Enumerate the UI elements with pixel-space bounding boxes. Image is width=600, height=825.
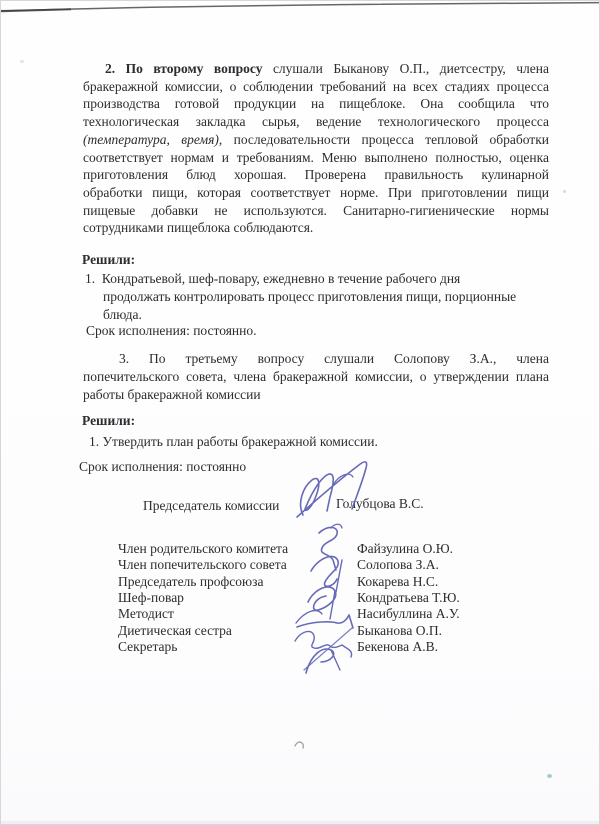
signer-role: Член попечительского совета (118, 557, 288, 573)
resolution2-deadline: Срок исполнения: постоянно (79, 459, 246, 475)
scan-speck (20, 60, 24, 63)
chair-role-label: Председатель комиссии (143, 498, 279, 514)
scanned-document-page: 2. По второму вопросу слушали Быканову О… (0, 0, 600, 825)
paragraph-question2-line4: технологическая закладка сырья, ведение … (83, 113, 549, 131)
paragraph-question2-line2: бракеражной комиссии, о соблюдении требо… (83, 78, 549, 96)
gray-pen-mark (291, 735, 311, 751)
paragraph-question2: 2. По второму вопросу слушали Быканову О… (83, 60, 549, 237)
teal-ink-speck (547, 774, 552, 778)
paragraph-question2-line10: сотрудниками пищеблока соблюдаются. (83, 219, 549, 237)
paragraph-question3-line2: попечительского совета, члена бракеражно… (83, 368, 549, 386)
question2-lead-bold: 2. По второму вопросу (105, 61, 262, 76)
signer-role: Методист (118, 606, 288, 622)
signer-role: Шеф-повар (118, 590, 288, 606)
resolution1-item-line2: продолжать контролировать процесс пригот… (103, 288, 563, 306)
scan-bottom-edge (1, 821, 600, 824)
paragraph-question2-line3: производства готовой продукции на пищебл… (83, 95, 549, 113)
paragraph-question2-line9: пищевые добавки не используются. Санитар… (83, 202, 549, 220)
member-signatures-ink (295, 524, 353, 673)
resolution1-heading: Решили: (82, 252, 135, 268)
resolution1-item-line3: блюда. (103, 306, 142, 324)
signer-role: Секретарь (118, 639, 288, 655)
resolution2-heading: Решили: (82, 413, 135, 429)
paragraph-question3-line3: работы бракеражной комиссии (83, 386, 549, 404)
paragraph-question3-line1: 3. По третьему вопросу слушали Солопову … (83, 350, 549, 368)
question2-italic-run: (температура, время) (83, 132, 219, 147)
paragraph-question2-line7: приготовления блюд хорошая. Проверена пр… (83, 166, 549, 184)
scan-top-edge-line (1, 1, 600, 15)
paragraph-question2-line8: обработки пищи, которая соответствует но… (83, 184, 549, 202)
resolution1-item-line1: 1. Кондратьевой, шеф-повару, ежедневно в… (85, 270, 555, 288)
resolution1-deadline: Срок исполнения: постоянно. (86, 323, 257, 339)
signer-role: Диетическая сестра (118, 623, 288, 639)
chair-signature-ink (297, 462, 367, 517)
paragraph-question2-line1: 2. По второму вопросу слушали Быканову О… (83, 60, 549, 78)
scan-speck (563, 190, 566, 193)
signer-role: Председатель профсоюза (118, 574, 288, 590)
signer-roles-column: Член родительского комитета Член попечит… (118, 541, 288, 655)
question2-lead-rest: слушали Быканову О.П., диетсестру, члена (262, 61, 549, 76)
resolution2-item: 1. Утвердить план работы бракеражной ком… (89, 434, 378, 450)
paragraph-question2-line5: (температура, время), последовательности… (83, 131, 549, 149)
signature-ink-overlay (279, 449, 414, 679)
paragraph-question2-line6: соответствует нормам и требованиям. Меню… (83, 149, 549, 167)
signer-role: Член родительского комитета (118, 541, 288, 557)
paragraph-question3: 3. По третьему вопросу слушали Солопову … (83, 350, 549, 404)
question2-line5-rest: , последовательности процесса тепловой о… (219, 132, 549, 147)
